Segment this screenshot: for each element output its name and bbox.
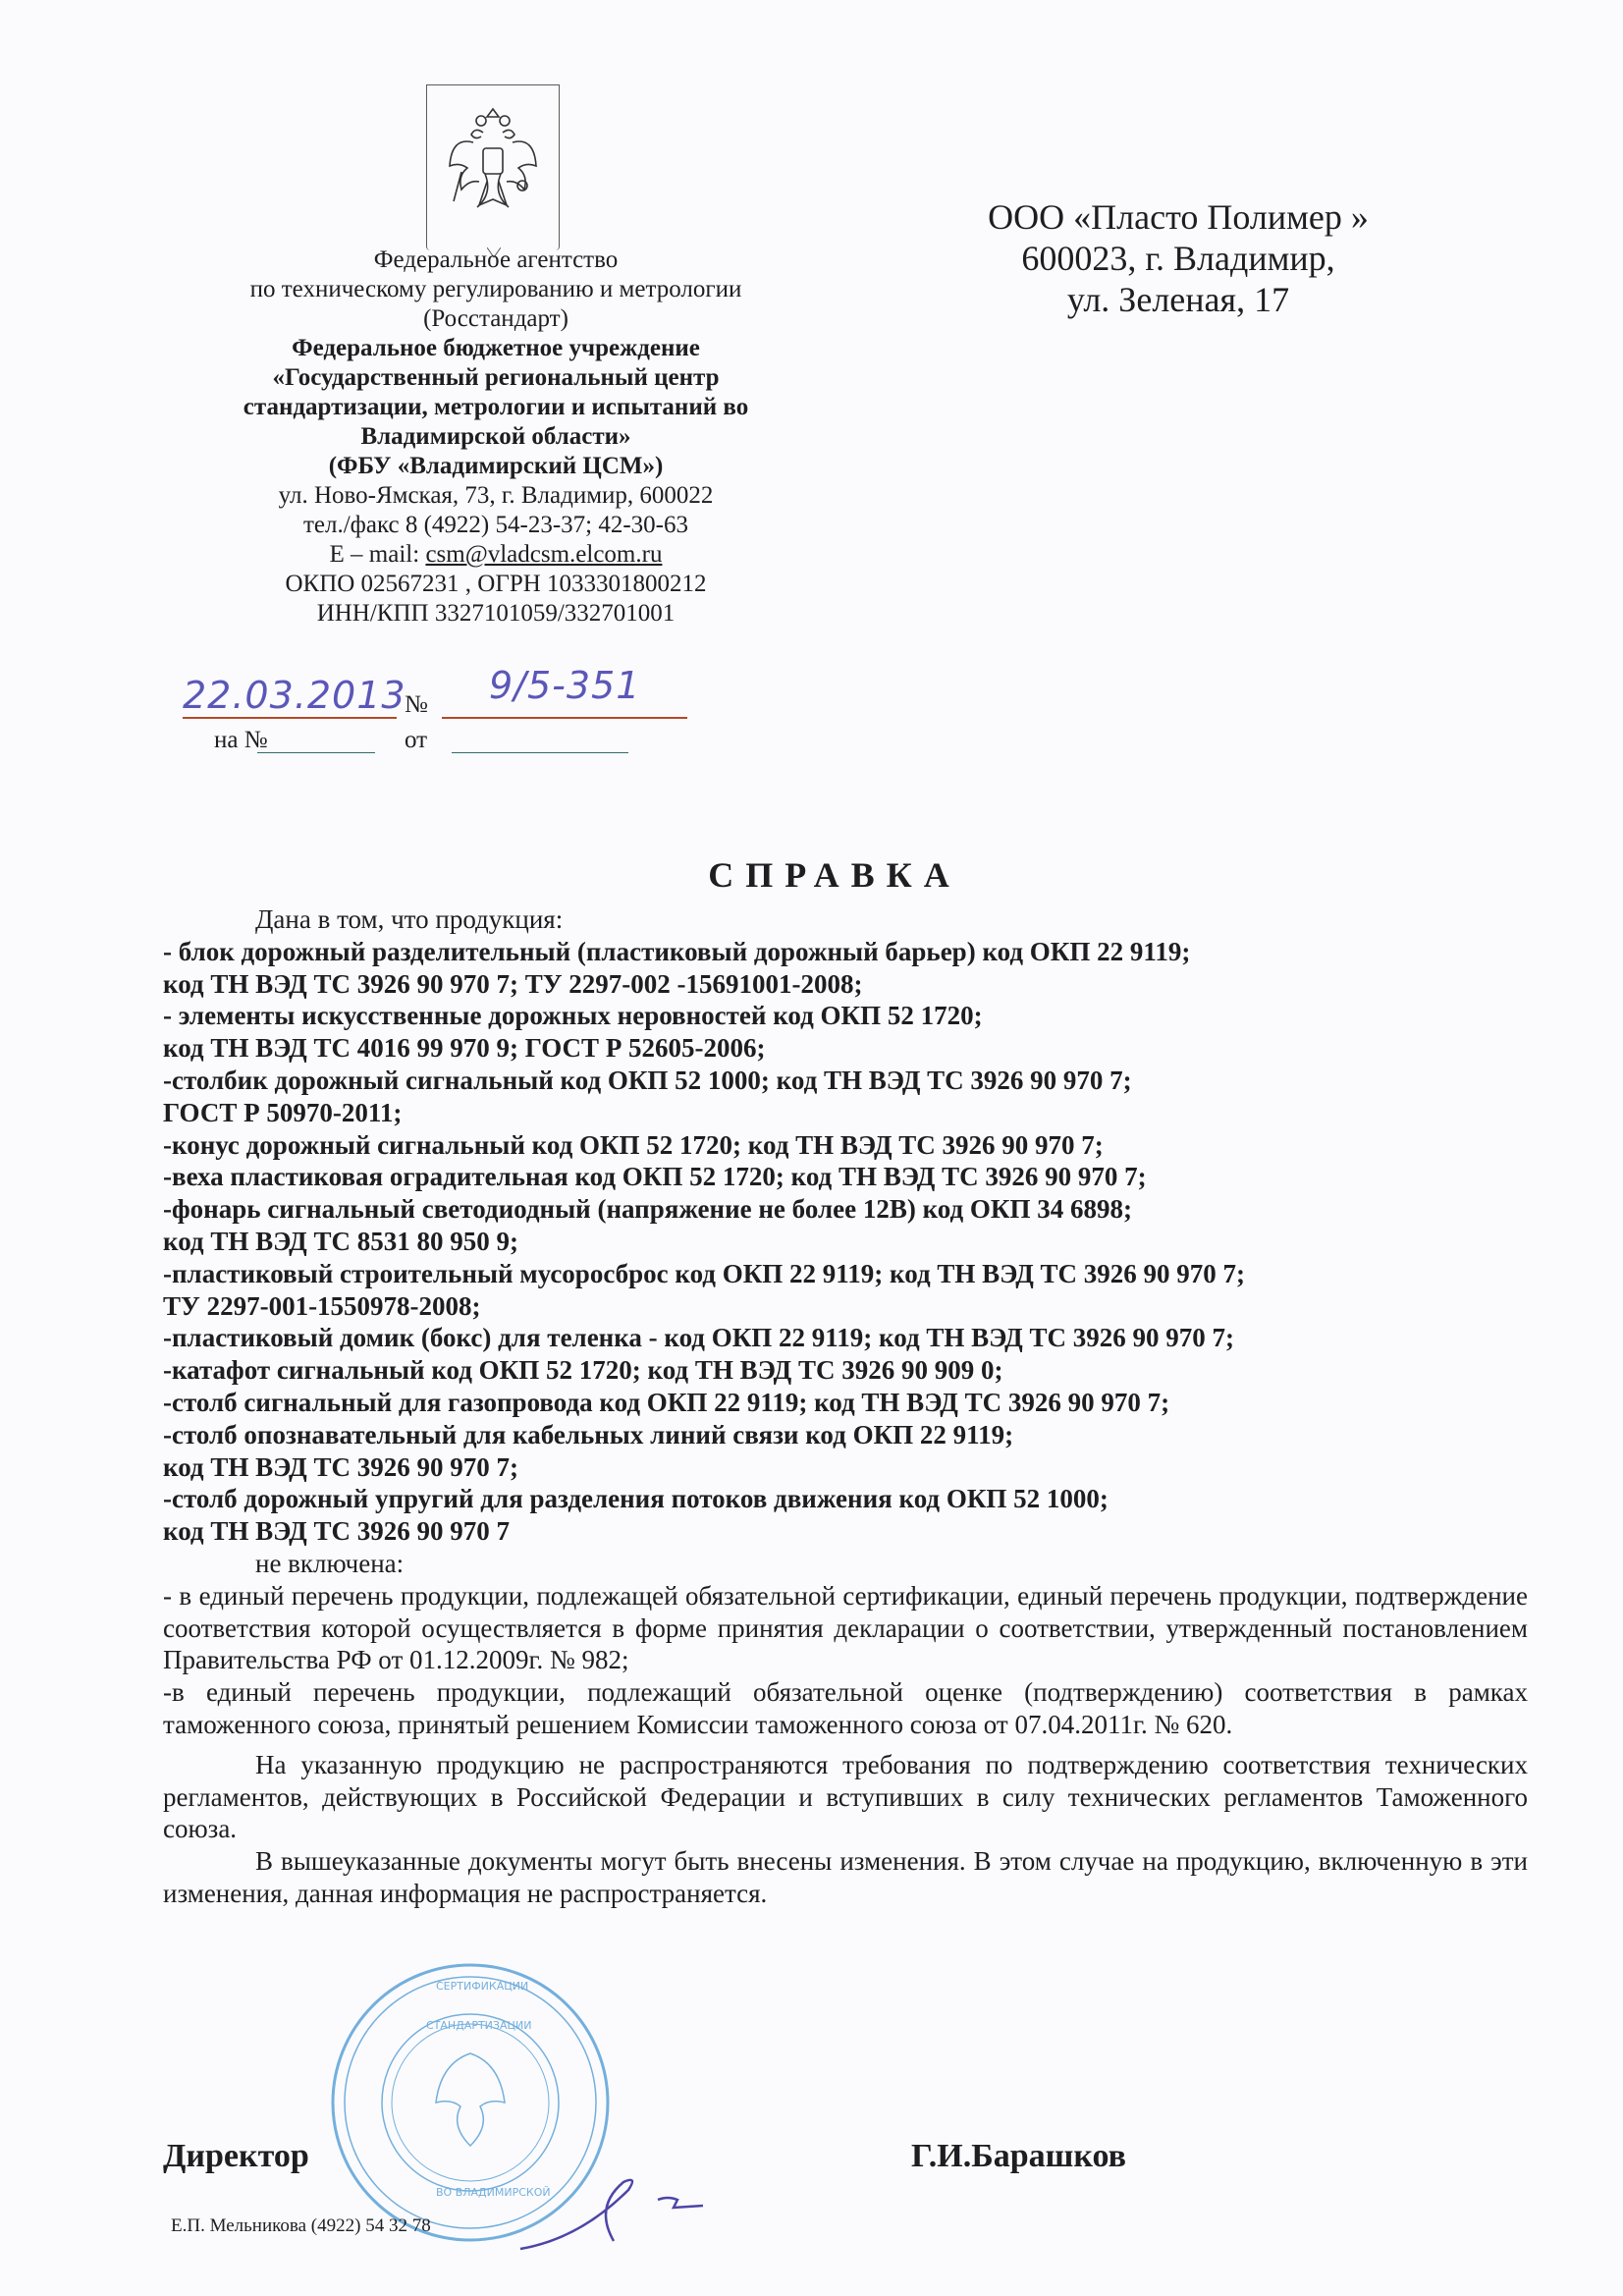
product-line: ГОСТ Р 50970-2011; [163,1097,1538,1129]
number-field: 9/5-351 [442,678,687,719]
russian-coat-of-arms-icon [444,103,542,231]
from-label: от [405,727,427,754]
product-line: код ТН ВЭД ТС 4016 99 970 9; ГОСТ Р 5260… [163,1032,1538,1065]
coat-of-arms-emblem [426,84,560,250]
sender-address: ул. Ново-Ямская, 73, г. Владимир, 600022 [177,481,815,511]
handwritten-signature-icon [491,2170,766,2259]
product-line: код ТН ВЭД ТС 3926 90 970 7; ТУ 2297-002… [163,968,1538,1001]
product-line: код ТН ВЭД ТС 3926 90 970 7; [163,1451,1538,1484]
executor-contact: Е.П. Мельникова (4922) 54 32 78 [171,2215,431,2237]
product-list: - блок дорожный разделительный (пластико… [163,936,1538,1548]
product-line: -столб дорожный упругий для разделения п… [163,1483,1538,1515]
product-line: -конус дорожный сигнальный код ОКП 52 17… [163,1129,1538,1162]
sender-block: Федеральное агентство по техническому ре… [177,246,815,629]
institution-short-name: (ФБУ «Владимирский ЦСМ») [177,452,815,481]
product-line: -веха пластиковая оградительная код ОКП … [163,1161,1538,1193]
product-line: код ТН ВЭД ТС 8531 80 950 9; [163,1226,1538,1258]
product-line: -фонарь сигнальный светодиодный (напряже… [163,1193,1538,1226]
exclusion-item-2: -в единый перечень продукции, подлежащий… [163,1676,1528,1741]
product-line: -столб опознавательный для кабельных лин… [163,1419,1538,1451]
institution-name-1: Федеральное бюджетное учреждение [177,334,815,363]
inn-kpp: ИНН/КПП 3327101059/332701001 [177,599,815,629]
product-line: -столб сигнальный для газопровода код ОК… [163,1387,1538,1419]
product-line: -катафот сигнальный код ОКП 52 1720; код… [163,1354,1538,1387]
product-line: ТУ 2297-001-1550978-2008; [163,1290,1538,1323]
signatory-position: Директор [163,2138,309,2175]
recipient-block: ООО «Пласто Полимер » 600023, г. Владими… [933,196,1424,320]
handwritten-number: 9/5-351 [489,664,640,707]
signatory-name: Г.И.Барашков [911,2138,1126,2175]
handwritten-date: 22.03.2013 [183,674,397,719]
email-label: E – mail: [330,541,426,568]
institution-name-2: «Государственный региональный центр [177,363,815,393]
product-line: -пластиковый строительный мусоросброс ко… [163,1258,1538,1290]
not-included-label: не включена: [163,1548,1538,1580]
ref-number-field [257,752,375,753]
agency-short-name: (Росстандарт) [177,304,815,334]
product-line: -пластиковый домик (бокс) для теленка - … [163,1322,1538,1354]
number-label: № [405,691,428,719]
ref-label: на № [214,727,268,754]
sender-phone: тел./факс 8 (4922) 54-23-37; 42-30-63 [177,511,815,540]
exclusion-item-1: - в единый перечень продукции, подлежаще… [163,1580,1528,1676]
product-line: код ТН ВЭД ТС 3926 90 970 7 [163,1515,1538,1548]
paragraph-changes: В вышеуказанные документы могут быть вне… [163,1845,1528,1910]
svg-text:СТАНДАРТИЗАЦИИ: СТАНДАРТИЗАЦИИ [426,2019,531,2032]
email-link[interactable]: csm@vladcsm.elcom.ru [425,541,662,568]
ref-date-field [452,752,628,753]
institution-name-3: стандартизации, метрологии и испытаний в… [177,393,815,422]
document-body: Дана в том, что продукция: - блок дорожн… [163,903,1538,1910]
agency-name-cont: по техническому регулированию и метролог… [177,275,815,304]
product-line: - элементы искусственные дорожных неровн… [163,1000,1538,1032]
document-title: СПРАВКА [147,854,1522,896]
paragraph-regulations: На указанную продукцию не распространяют… [163,1749,1528,1845]
svg-text:СЕРТИФИКАЦИИ: СЕРТИФИКАЦИИ [436,1980,528,1993]
product-line: - блок дорожный разделительный (пластико… [163,936,1538,968]
institution-name-4: Владимирской области» [177,422,815,452]
recipient-street: ул. Зеленая, 17 [933,279,1424,320]
agency-name: Федеральное агентство [177,246,815,275]
product-line: -столбик дорожный сигнальный код ОКП 52 … [163,1065,1538,1097]
sender-email-line: E – mail: csm@vladcsm.elcom.ru [177,540,815,570]
okpo-ogrn: ОКПО 02567231 , ОГРН 1033301800212 [177,570,815,599]
recipient-company: ООО «Пласто Полимер » [933,196,1424,238]
registration-block: 22.03.2013 № 9/5-351 на № от [177,678,707,776]
recipient-city: 600023, г. Владимир, [933,238,1424,279]
date-field: 22.03.2013 [183,678,399,719]
intro-text: Дана в том, что продукция: [163,903,1538,936]
